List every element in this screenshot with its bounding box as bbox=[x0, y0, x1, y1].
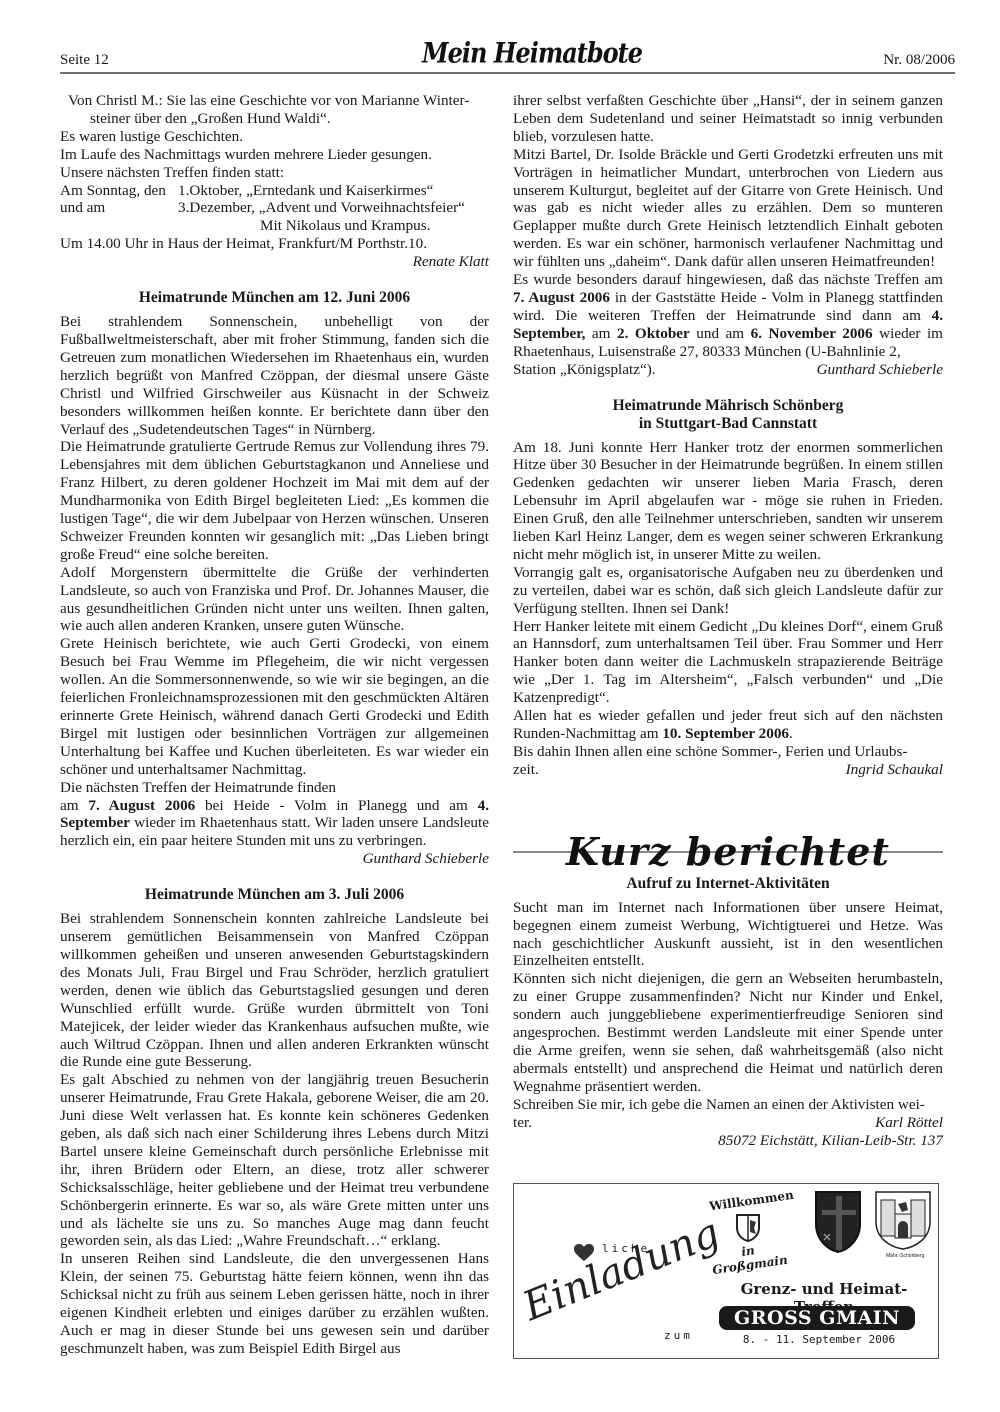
signature: Ingrid Schaukal bbox=[846, 761, 943, 779]
article-paragraph: Bei strahlendem Sonnenschein, unbehellig… bbox=[60, 313, 489, 438]
article-title: Heimatrunde München am 12. Juni 2006 bbox=[60, 289, 489, 307]
signature: Renate Klatt bbox=[60, 253, 489, 271]
schedule-row: Am Sonntag, den 1.Oktober, „Erntedank un… bbox=[60, 182, 489, 200]
signature-line: ter. Karl Röttel bbox=[513, 1114, 943, 1132]
schedule-row: und am 3.Dezember, „Advent und Vorweihna… bbox=[60, 199, 489, 217]
schedule-note: Mit Nikolaus und Krampus. bbox=[60, 217, 489, 235]
ad-event-dates: 8. - 11. September 2006 bbox=[719, 1333, 919, 1346]
article-title: Heimatrunde Mährisch Schönbergin Stuttga… bbox=[513, 397, 943, 433]
grossgmain-crest-icon bbox=[736, 1214, 760, 1242]
intro-line: Um 14.00 Uhr in Haus der Heimat, Frankfu… bbox=[60, 235, 489, 253]
article-paragraph: Mitzi Bartel, Dr. Isolde Bräckle und Ger… bbox=[513, 146, 943, 271]
intro-line: Von Christl M.: Sie las eine Geschichte … bbox=[60, 92, 489, 110]
ad-location-banner: GROSS GMAIN bbox=[719, 1306, 915, 1330]
article-paragraph: Könnten sich nicht diejenigen, die gern … bbox=[513, 970, 943, 1095]
crest-caption: Mähr.-Schönberg bbox=[886, 1253, 924, 1259]
signature: Gunthard Schieberle bbox=[60, 850, 489, 868]
article-paragraph: In unseren Reihen sind Landsleute, die d… bbox=[60, 1250, 489, 1357]
article-paragraph: Herr Hanker leitete mit einem Gedicht „D… bbox=[513, 618, 943, 708]
ad-zum-text: zum bbox=[664, 1329, 693, 1342]
kurz-berichtet-banner: Kurz berichtet bbox=[513, 799, 943, 853]
article-paragraph: Die nächsten Treffen der Heimatrunde fin… bbox=[60, 779, 489, 797]
intro-line: Es waren lustige Geschichten. bbox=[60, 128, 489, 146]
article-paragraph: Bis dahin Ihnen allen eine schöne Sommer… bbox=[513, 743, 943, 761]
ad-script-einladung: Einladung bbox=[517, 1210, 726, 1330]
author-address: 85072 Eichstätt, Kilian-Leib-Str. 137 bbox=[513, 1132, 943, 1150]
article-paragraph: Bei strahlendem Sonnenschein konnten zah… bbox=[60, 910, 489, 1071]
article-paragraph: Vorrangig galt es, organisatorische Aufg… bbox=[513, 564, 943, 618]
article-paragraph: Am 18. Juni konnte Herr Hanker trotz der… bbox=[513, 439, 943, 564]
article-paragraph: ihrer selbst verfaßten Geschichte über „… bbox=[513, 92, 943, 146]
signature-line: zeit. Ingrid Schaukal bbox=[513, 761, 943, 779]
article-title: Aufruf zu Internet-Aktivitäten bbox=[513, 875, 943, 893]
article-paragraph: Es galt Abschied zu nehmen von der langj… bbox=[60, 1071, 489, 1250]
right-column: ihrer selbst verfaßten Geschichte über „… bbox=[513, 92, 943, 1149]
signature: Gunthard Schieberle bbox=[817, 361, 943, 379]
left-column: Von Christl M.: Sie las eine Geschichte … bbox=[60, 92, 489, 1358]
article-paragraph: Sucht man im Internet nach Informationen… bbox=[513, 899, 943, 971]
masthead-logo: Mein Heimatbote bbox=[422, 36, 642, 69]
article-paragraph: Es wurde besonders darauf hingewiesen, d… bbox=[513, 271, 943, 361]
page-header: Seite 12 Mein Heimatbote Nr. 08/2006 bbox=[60, 44, 955, 74]
signature: Karl Röttel bbox=[875, 1114, 943, 1132]
cross-crest-icon bbox=[814, 1190, 862, 1254]
intro-line: Unsere nächsten Treffen finden statt: bbox=[60, 164, 489, 182]
article-paragraph: am 7. August 2006 bei Heide - Volm in Pl… bbox=[60, 797, 489, 851]
signature-line: Station „Königsplatz“). Gunthard Schiebe… bbox=[513, 361, 943, 379]
invitation-advert: liche Einladung zum Willkommen in Großgm… bbox=[513, 1183, 939, 1359]
article-paragraph: Schreiben Sie mir, ich gebe die Namen an… bbox=[513, 1096, 943, 1114]
article-paragraph: Die Heimatrunde gratulierte Gertrude Rem… bbox=[60, 438, 489, 563]
article-paragraph: Grete Heinisch berichtete, wie auch Gert… bbox=[60, 635, 489, 778]
schoenberg-crest-icon bbox=[874, 1190, 932, 1250]
article-paragraph: Allen hat es wieder gefallen und jeder f… bbox=[513, 707, 943, 743]
article-paragraph: Adolf Morgenstern übermittelte die Grüße… bbox=[60, 564, 489, 636]
page-number: Seite 12 bbox=[60, 52, 109, 69]
article-title: Heimatrunde München am 3. Juli 2006 bbox=[60, 886, 489, 904]
intro-line: Im Laufe des Nachmittags wurden mehrere … bbox=[60, 146, 489, 164]
issue-number: Nr. 08/2006 bbox=[883, 52, 955, 69]
intro-line: steiner über den „Großen Hund Waldi“. bbox=[60, 110, 489, 128]
